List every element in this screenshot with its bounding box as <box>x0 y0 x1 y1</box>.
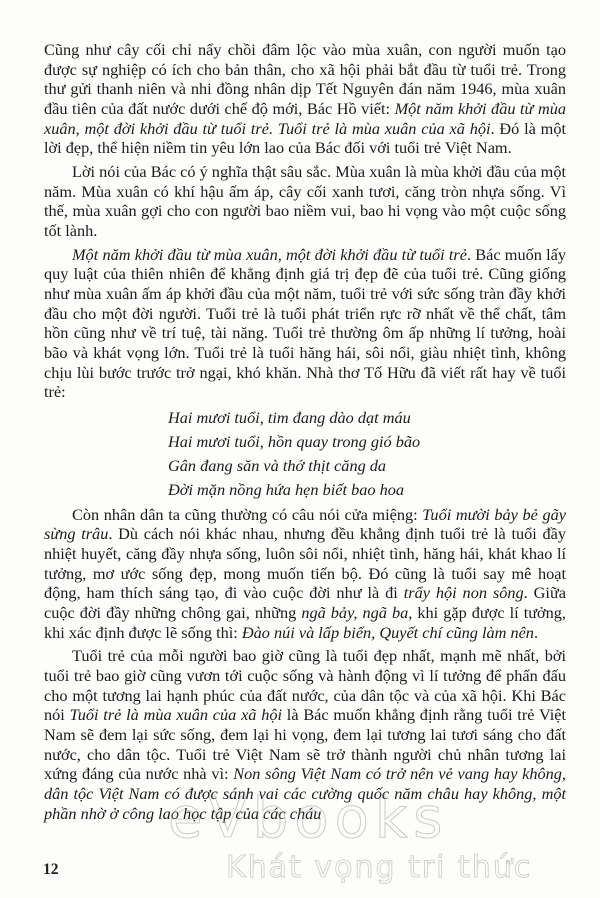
poem-line: Gân đang săn và thớ thịt căng da <box>168 454 566 478</box>
poem-line: Hai mươi tuổi, tim đang dào dạt máu <box>168 406 566 430</box>
poem-line: Đời mặn nồng hứa hẹn biết bao hoa <box>168 478 566 502</box>
paragraph-3: Một năm khởi đầu từ mùa xuân, một đời kh… <box>44 245 566 402</box>
text-run: Lời nói của Bác có ý nghĩa thật sâu sắc.… <box>44 162 566 240</box>
book-page: Cũng như cây cối chỉ nẩy chồi đâm lộc và… <box>0 0 600 898</box>
poem-line: Hai mươi tuổi, hồn quay trong gió bão <box>168 430 566 454</box>
text-run: . <box>534 623 538 642</box>
italic-quote: Đào núi và lấp biển, Quyết chí cũng làm … <box>242 623 534 642</box>
paragraph-5: Tuổi trẻ của mỗi người bao giờ cũng là t… <box>44 646 566 823</box>
text-column: Cũng như cây cối chỉ nẩy chồi đâm lộc và… <box>44 40 566 827</box>
text-run: Còn nhân dân ta cũng thường có câu nói c… <box>72 505 422 524</box>
page-number: 12 <box>43 861 59 879</box>
text-run: . Bác muốn lấy quy luật của thiên nhiên … <box>44 245 566 402</box>
paragraph-2: Lời nói của Bác có ý nghĩa thật sâu sắc.… <box>44 162 566 241</box>
paragraph-4: Còn nhân dân ta cũng thường có câu nói c… <box>44 505 566 643</box>
paragraph-1: Cũng như cây cối chỉ nẩy chồi đâm lộc và… <box>44 40 566 158</box>
poem-block: Hai mươi tuổi, tim đang dào dạt máu Hai … <box>168 406 566 502</box>
watermark-tagline: Khát vọng tri thức <box>226 850 532 885</box>
italic-quote: Tuổi trẻ là mùa xuân của xã hội <box>70 705 282 724</box>
italic-quote: ngã bảy, ngã ba <box>301 603 408 622</box>
italic-quote: trẩy hội non sông <box>404 583 524 602</box>
italic-quote: Một năm khởi đầu từ mùa xuân, một đời kh… <box>72 245 467 264</box>
